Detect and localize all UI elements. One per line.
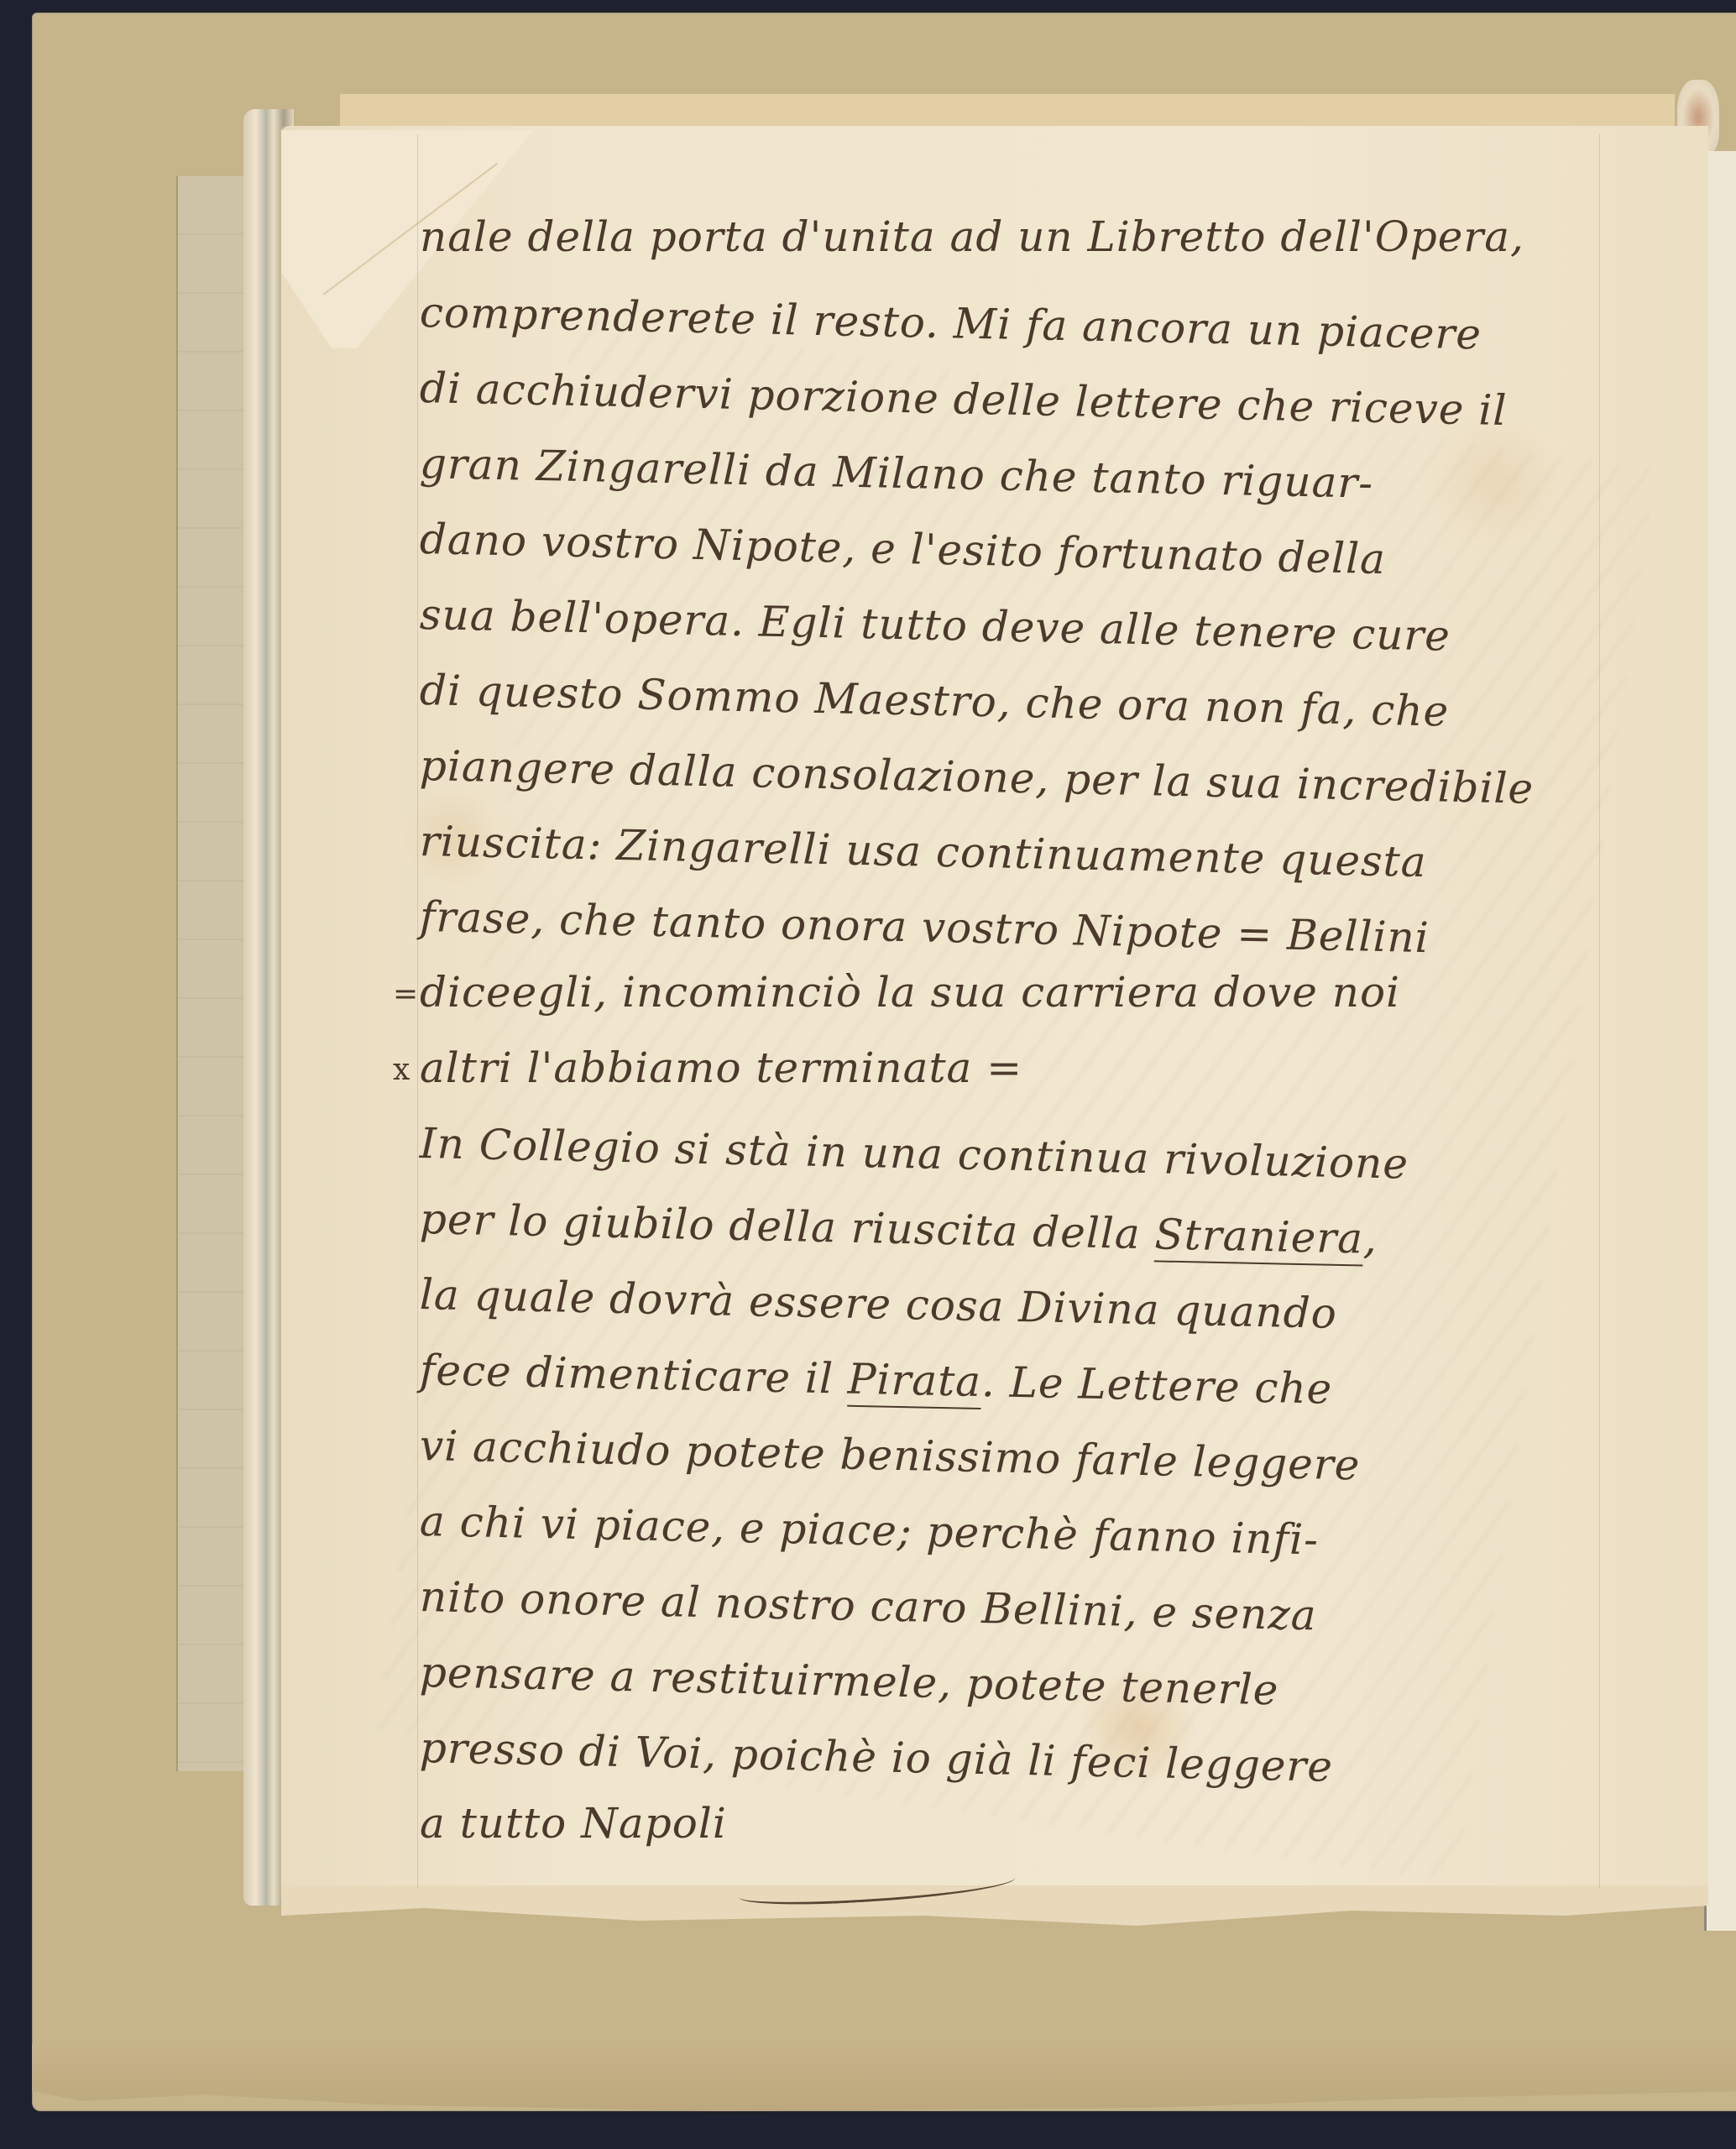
margin-mark: x bbox=[393, 1047, 410, 1093]
text-line: pensare a restituirmele, potete tenerle bbox=[419, 1650, 1603, 1721]
text-line: nito onore al nostro caro Bellini, e sen… bbox=[419, 1574, 1603, 1645]
text-segment: , bbox=[1362, 1215, 1378, 1263]
text-line: presso di Voi, poichè io già li feci leg… bbox=[419, 1725, 1603, 1796]
manuscript-photograph: nale della porta d'unita ad un Libretto … bbox=[0, 0, 1736, 2149]
underlined-title-pirata: Pirata bbox=[847, 1355, 981, 1406]
margin-mark: = bbox=[393, 971, 419, 1017]
adjacent-page-edge bbox=[1704, 151, 1736, 1931]
underlined-title-straniera: Straniera bbox=[1154, 1210, 1364, 1263]
text-line: a chi vi piace, e piace; perchè fanno in… bbox=[419, 1498, 1603, 1570]
text-segment: . Le Lettere che bbox=[980, 1357, 1332, 1414]
text-line: dano vostro Nipote, e l'esito fortunato … bbox=[419, 516, 1603, 588]
text-line: nale della porta d'unita ad un Libretto … bbox=[420, 214, 1603, 260]
text-line: piangere dalla consolazione, per la sua … bbox=[419, 743, 1603, 814]
text-line: In Collegio si stà in una continua rivol… bbox=[419, 1121, 1603, 1192]
text-line-content: altri l'abbiamo terminata = bbox=[420, 1043, 1022, 1092]
text-line: di acchiudervi porzione delle lettere ch… bbox=[419, 365, 1603, 437]
text-line: riuscita: Zingarelli usa continuamente q… bbox=[419, 818, 1603, 890]
text-line: di questo Sommo Maestro, che ora non fa,… bbox=[419, 667, 1603, 739]
text-segment: per lo giubilo della riuscita della bbox=[419, 1195, 1155, 1258]
text-line-content: diceegli, incominciò la sua carriera dov… bbox=[420, 968, 1400, 1017]
text-line: comprenderete il resto. Mi fa ancora un … bbox=[419, 290, 1603, 361]
paper-strip bbox=[340, 94, 1675, 128]
text-line: gran Zingarelli da Milano che tanto rigu… bbox=[419, 441, 1603, 512]
text-line: a tutto Napoli bbox=[420, 1801, 1603, 1847]
text-line: x altri l'abbiamo terminata = bbox=[420, 1045, 1603, 1091]
text-line: = diceegli, incominciò la sua carriera d… bbox=[420, 970, 1603, 1016]
handwritten-text: nale della porta d'unita ad un Libretto … bbox=[420, 214, 1603, 1876]
text-line: vi acchiudo potete benissimo farle legge… bbox=[419, 1423, 1603, 1494]
text-line: per lo giubilo della riuscita della Stra… bbox=[419, 1196, 1603, 1268]
text-line: fece dimenticare il Pirata. Le Lettere c… bbox=[419, 1347, 1603, 1419]
text-line: la quale dovrà essere cosa Divina quando bbox=[419, 1272, 1603, 1343]
text-line: frase, che tanto onora vostro Nipote = B… bbox=[419, 894, 1603, 965]
text-line: sua bell'opera. Egli tutto deve alle ten… bbox=[419, 592, 1603, 663]
text-segment: fece dimenticare il bbox=[419, 1346, 848, 1404]
